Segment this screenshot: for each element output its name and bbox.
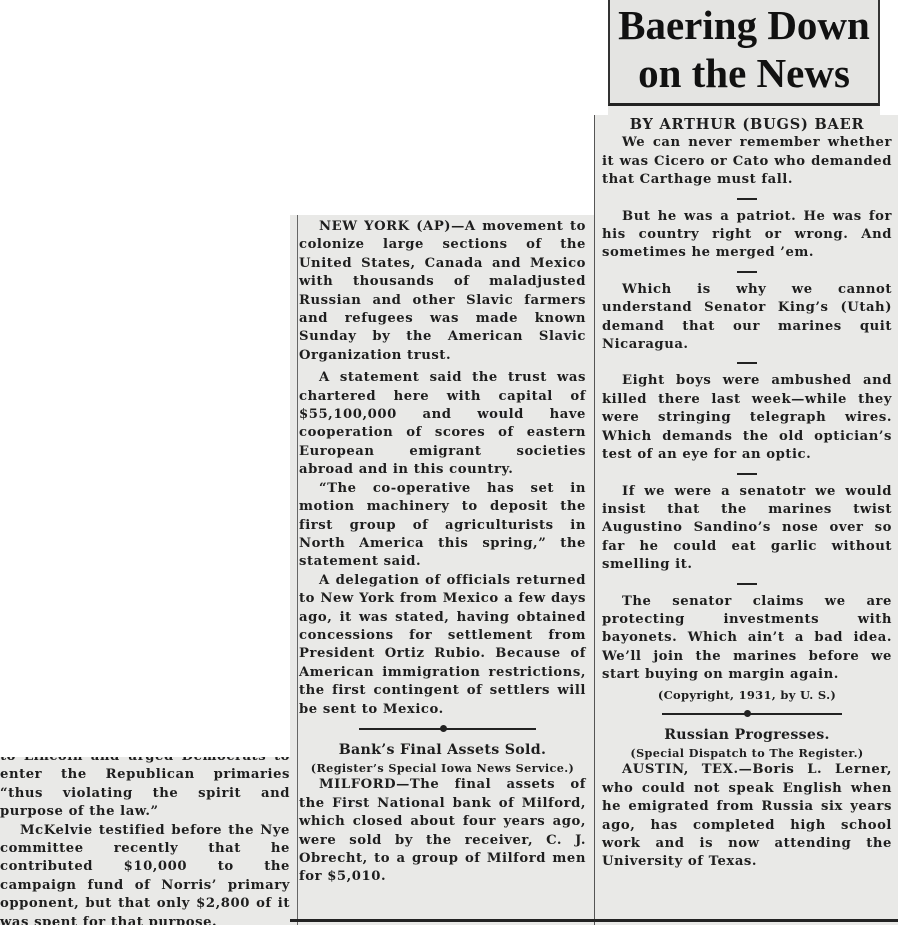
bottom-rule	[594, 919, 898, 922]
article-paragraph: “The co-operative has set in motion mach…	[299, 480, 586, 572]
column-paragraph: Eight boys were ambushed and killed ther…	[602, 372, 892, 464]
story-dispatch-line: (Special Dispatch to The Register.)	[602, 745, 892, 761]
article-paragraph: A delegation of officials returned to Ne…	[299, 572, 586, 719]
column-paragraph: But he was a patriot. He was for his cou…	[602, 208, 892, 263]
copyright-line: (Copyright, 1931, by U. S.)	[602, 686, 892, 704]
byline: BY ARTHUR (BUGS) BAER	[602, 116, 892, 134]
paragraph-dash	[737, 271, 757, 273]
paragraph-dash	[737, 473, 757, 475]
right-column: Baering Down on the News BY ARTHUR (BUGS…	[594, 0, 898, 925]
story-headline: Russian Progresses.	[602, 726, 892, 744]
column-rule	[297, 215, 298, 925]
section-divider	[602, 706, 892, 720]
left-column-fragment: to Lincoln and urged Democrats to enter …	[0, 757, 292, 925]
column-rule	[594, 115, 595, 925]
article-paragraph: A statement said the trust was chartered…	[299, 369, 586, 479]
column-header-box: Baering Down on the News	[608, 0, 880, 106]
story-dispatch-line: (Register’s Special Iowa News Service.)	[299, 760, 586, 776]
story-body: AUSTIN, TEX.—Boris L. Lerner, who could …	[602, 761, 892, 871]
section-divider	[299, 721, 586, 735]
story-body: MILFORD—The final assets of the First Na…	[299, 776, 586, 886]
column-paragraph: Which is why we cannot understand Senato…	[602, 281, 892, 355]
column-paragraph: We can never remember whether it was Cic…	[602, 134, 892, 189]
story-headline: Bank’s Final Assets Sold.	[299, 741, 586, 759]
column-title-line-1: Baering Down	[610, 0, 878, 48]
left-paragraph: to Lincoln and urged Democrats to enter …	[0, 757, 290, 822]
column-title-line-2: on the News	[610, 48, 878, 96]
paragraph-dash	[737, 583, 757, 585]
paragraph-dash	[737, 362, 757, 364]
article-paragraph: NEW YORK (AP)—A movement to colonize lar…	[299, 218, 586, 365]
paragraph-dash	[737, 198, 757, 200]
column-paragraph: The senator claims we are protecting inv…	[602, 593, 892, 685]
left-paragraph: McKelvie testified before the Nye commit…	[0, 822, 290, 925]
bottom-rule	[290, 919, 594, 922]
middle-column: NEW YORK (AP)—A movement to colonize lar…	[290, 215, 594, 925]
column-paragraph: If we were a senatotr we would insist th…	[602, 483, 892, 575]
